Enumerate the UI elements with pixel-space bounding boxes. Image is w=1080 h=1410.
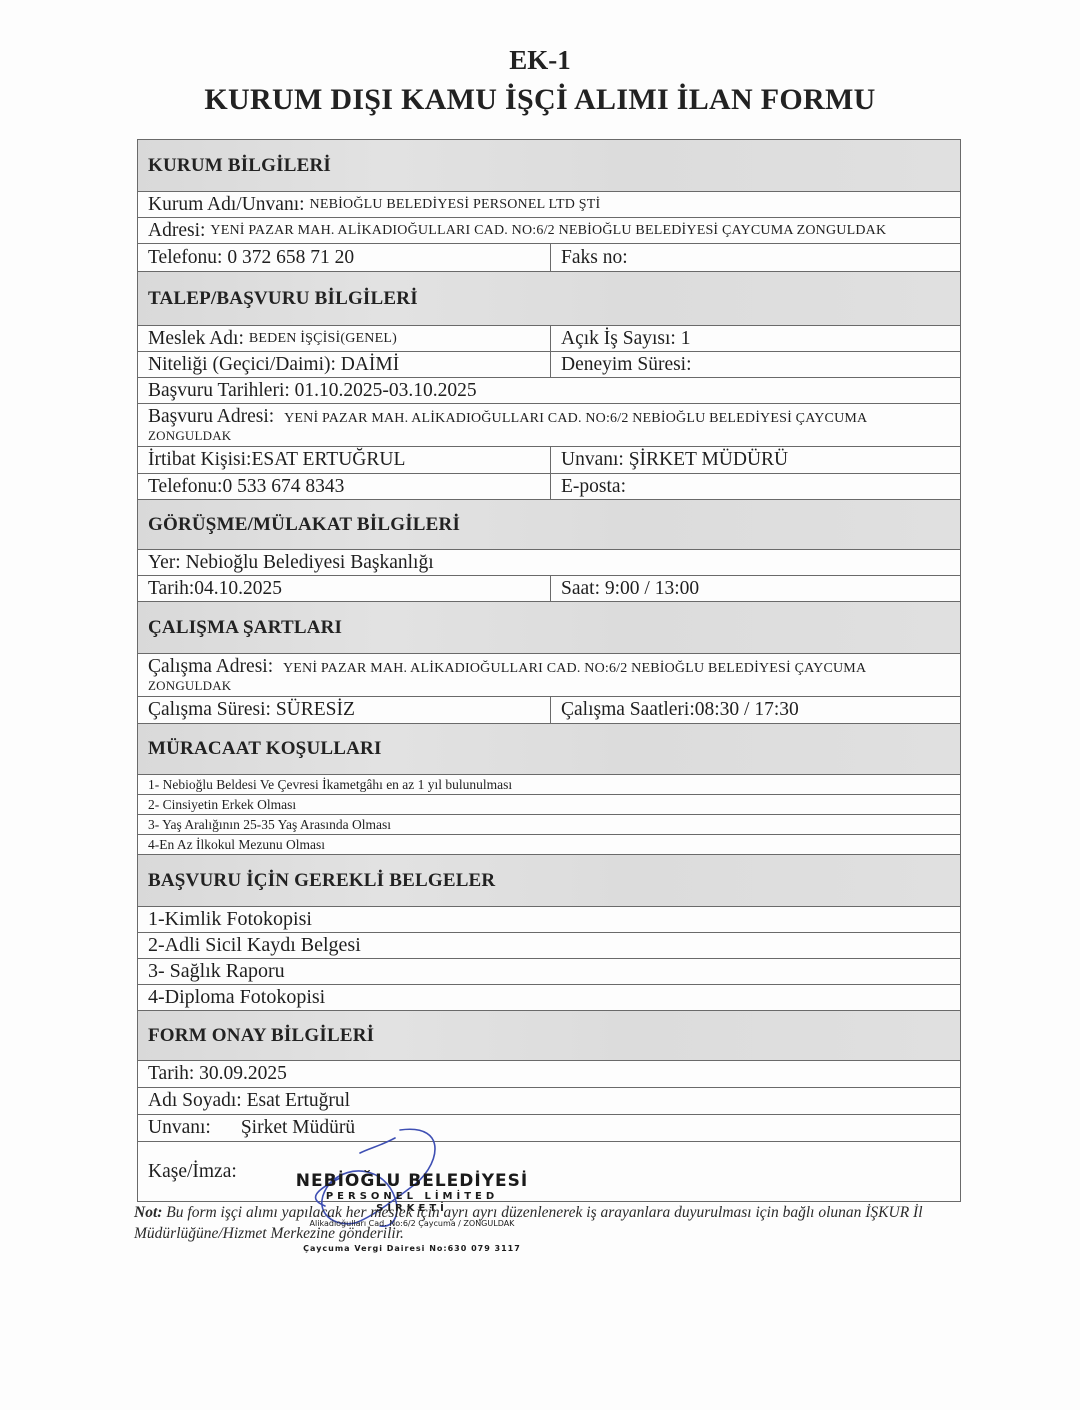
occupation-field: Meslek Adı: BEDEN İŞÇİSİ(GENEL) <box>138 326 551 351</box>
section-header-kurum: KURUM BİLGİLERİ <box>138 140 960 192</box>
document-text: 3- Sağlık Raporu <box>138 959 960 984</box>
work-duration: Çalışma Süresi: SÜRESİZ <box>138 697 551 723</box>
work-hours: Çalışma Saatleri:08:30 / 17:30 <box>551 697 960 723</box>
section-title: GÖRÜŞME/MÜLAKAT BİLGİLERİ <box>148 514 460 536</box>
condition-text: 3- Yaş Aralığının 25-35 Yaş Arasında Olm… <box>138 815 960 834</box>
row-contact-phone: Telefonu:0 533 674 8343 E-posta: <box>138 474 960 500</box>
institution-fax: Faks no: <box>551 244 960 271</box>
document-text: 1-Kimlik Fotokopisi <box>138 907 960 932</box>
section-title: BAŞVURU İÇİN GEREKLİ BELGELER <box>148 870 495 892</box>
work-address-field: Çalışma Adresi: YENİ PAZAR MAH. ALİKADIO… <box>138 654 960 696</box>
row-interview-datetime: Tarih:04.10.2025 Saat: 9:00 / 13:00 <box>138 576 960 602</box>
condition-text: 1- Nebioğlu Beldesi Ve Çevresi İkametgâh… <box>138 775 960 794</box>
section-title: FORM ONAY BİLGİLERİ <box>148 1025 374 1047</box>
row-institution-contact: Telefonu: 0 372 658 71 20 Faks no: <box>138 244 960 272</box>
job-nature: Niteliği (Geçici/Daimi): DAİMİ <box>138 352 551 377</box>
section-header-calisma: ÇALIŞMA ŞARTLARI <box>138 602 960 654</box>
interview-place: Yer: Nebioğlu Belediyesi Başkanlığı <box>138 550 960 575</box>
condition-item: 3- Yaş Aralığının 25-35 Yaş Arasında Olm… <box>138 815 960 835</box>
document-item: 4-Diploma Fotokopisi <box>138 985 960 1011</box>
work-address-value-cont: ZONGULDAK <box>148 679 231 693</box>
application-address-value-cont: ZONGULDAK <box>148 429 231 443</box>
application-address-value: YENİ PAZAR MAH. ALİKADIOĞULLARI CAD. NO:… <box>284 411 867 426</box>
document-title-block: EK-1 KURUM DIŞI KAMU İŞÇİ ALIMI İLAN FOR… <box>0 44 1080 118</box>
institution-phone: Telefonu: 0 372 658 71 20 <box>138 244 551 271</box>
page-title: KURUM DIŞI KAMU İŞÇİ ALIMI İLAN FORMU <box>0 82 1080 118</box>
field-label: Kurum Adı/Unvanı: <box>148 194 305 216</box>
field-label: Unvanı: <box>148 1117 211 1139</box>
institution-address-field: Adresi: YENİ PAZAR MAH. ALİKADIOĞULLARI … <box>138 218 960 243</box>
document-item: 1-Kimlik Fotokopisi <box>138 907 960 933</box>
row-stamp-signature: Kaşe/İmza: <box>138 1142 960 1202</box>
annex-label: EK-1 <box>0 44 1080 76</box>
experience-duration: Deneyim Süresi: <box>551 352 960 377</box>
section-title: KURUM BİLGİLERİ <box>148 155 331 177</box>
row-institution-name: Kurum Adı/Unvanı: NEBİOĞLU BELEDİYESİ PE… <box>138 192 960 218</box>
section-title: ÇALIŞMA ŞARTLARI <box>148 617 342 639</box>
row-approver-name: Adı Soyadı: Esat Ertuğrul <box>138 1088 960 1115</box>
section-header-talep: TALEP/BAŞVURU BİLGİLERİ <box>138 272 960 326</box>
row-approver-title: Unvanı: Şirket Müdürü <box>138 1115 960 1142</box>
section-title: MÜRACAAT KOŞULLARI <box>148 738 382 760</box>
field-label: Meslek Adı: <box>148 328 244 350</box>
footnote-label: Not: <box>134 1204 162 1221</box>
stamp-signature-label: Kaşe/İmza: <box>138 1142 960 1201</box>
application-address-field: Başvuru Adresi: YENİ PAZAR MAH. ALİKADIO… <box>138 404 960 446</box>
footnote: Not: Bu form işçi alımı yapılacak her me… <box>134 1202 964 1244</box>
row-occupation: Meslek Adı: BEDEN İŞÇİSİ(GENEL) Açık İş … <box>138 326 960 352</box>
row-work-address: Çalışma Adresi: YENİ PAZAR MAH. ALİKADIO… <box>138 654 960 697</box>
interview-date: Tarih:04.10.2025 <box>138 576 551 601</box>
condition-text: 4-En Az İlkokul Mezunu Olması <box>138 835 960 854</box>
institution-name-field: Kurum Adı/Unvanı: NEBİOĞLU BELEDİYESİ PE… <box>138 192 960 217</box>
stamp-tax-office: Çaycuma Vergi Dairesi No:630 079 3117 <box>287 1243 537 1254</box>
approval-date: Tarih: 30.09.2025 <box>138 1061 960 1087</box>
document-item: 3- Sağlık Raporu <box>138 959 960 985</box>
application-dates: Başvuru Tarihleri: 01.10.2025-03.10.2025 <box>138 378 960 403</box>
condition-item: 1- Nebioğlu Beldesi Ve Çevresi İkametgâh… <box>138 775 960 795</box>
row-work-terms: Çalışma Süresi: SÜRESİZ Çalışma Saatleri… <box>138 697 960 724</box>
row-application-dates: Başvuru Tarihleri: 01.10.2025-03.10.2025 <box>138 378 960 404</box>
row-approval-date: Tarih: 30.09.2025 <box>138 1061 960 1088</box>
field-label: Adresi: <box>148 220 205 242</box>
section-title: TALEP/BAŞVURU BİLGİLERİ <box>148 288 418 310</box>
document-text: 2-Adli Sicil Kaydı Belgesi <box>138 933 960 958</box>
document-text: 4-Diploma Fotokopisi <box>138 985 960 1010</box>
institution-address-value: YENİ PAZAR MAH. ALİKADIOĞULLARI CAD. NO:… <box>210 223 886 239</box>
contact-title: Unvanı: ŞİRKET MÜDÜRÜ <box>551 447 960 473</box>
institution-name-value: NEBİOĞLU BELEDİYESİ PERSONEL LTD ŞTİ <box>310 197 601 213</box>
interview-time: Saat: 9:00 / 13:00 <box>551 576 960 601</box>
condition-item: 2- Cinsiyetin Erkek Olması <box>138 795 960 815</box>
approver-title: Şirket Müdürü <box>241 1117 355 1139</box>
row-institution-address: Adresi: YENİ PAZAR MAH. ALİKADIOĞULLARI … <box>138 218 960 244</box>
approver-name: Adı Soyadı: Esat Ertuğrul <box>138 1088 960 1114</box>
field-label: Çalışma Adresi: <box>148 656 273 677</box>
contact-person: İrtibat Kişisi:ESAT ERTUĞRUL <box>138 447 551 473</box>
footnote-text: Bu form işçi alımı yapılacak her meslek … <box>134 1204 923 1242</box>
field-label: Başvuru Adresi: <box>148 406 274 427</box>
condition-text: 2- Cinsiyetin Erkek Olması <box>138 795 960 814</box>
section-header-muracaat: MÜRACAAT KOŞULLARI <box>138 724 960 775</box>
occupation-value: BEDEN İŞÇİSİ(GENEL) <box>249 331 397 347</box>
contact-email: E-posta: <box>551 474 960 499</box>
approver-title-field: Unvanı: Şirket Müdürü <box>138 1115 960 1141</box>
section-header-belgeler: BAŞVURU İÇİN GEREKLİ BELGELER <box>138 855 960 907</box>
contact-phone: Telefonu:0 533 674 8343 <box>138 474 551 499</box>
row-contact-person: İrtibat Kişisi:ESAT ERTUĞRUL Unvanı: ŞİR… <box>138 447 960 474</box>
announcement-form: KURUM BİLGİLERİ Kurum Adı/Unvanı: NEBİOĞ… <box>137 139 961 1202</box>
row-interview-place: Yer: Nebioğlu Belediyesi Başkanlığı <box>138 550 960 576</box>
row-application-address: Başvuru Adresi: YENİ PAZAR MAH. ALİKADIO… <box>138 404 960 447</box>
row-nature: Niteliği (Geçici/Daimi): DAİMİ Deneyim S… <box>138 352 960 378</box>
condition-item: 4-En Az İlkokul Mezunu Olması <box>138 835 960 855</box>
document-item: 2-Adli Sicil Kaydı Belgesi <box>138 933 960 959</box>
section-header-onay: FORM ONAY BİLGİLERİ <box>138 1011 960 1061</box>
section-header-gorusme: GÖRÜŞME/MÜLAKAT BİLGİLERİ <box>138 500 960 550</box>
open-jobs-count: Açık İş Sayısı: 1 <box>551 326 960 351</box>
work-address-value: YENİ PAZAR MAH. ALİKADIOĞULLARI CAD. NO:… <box>283 661 866 676</box>
